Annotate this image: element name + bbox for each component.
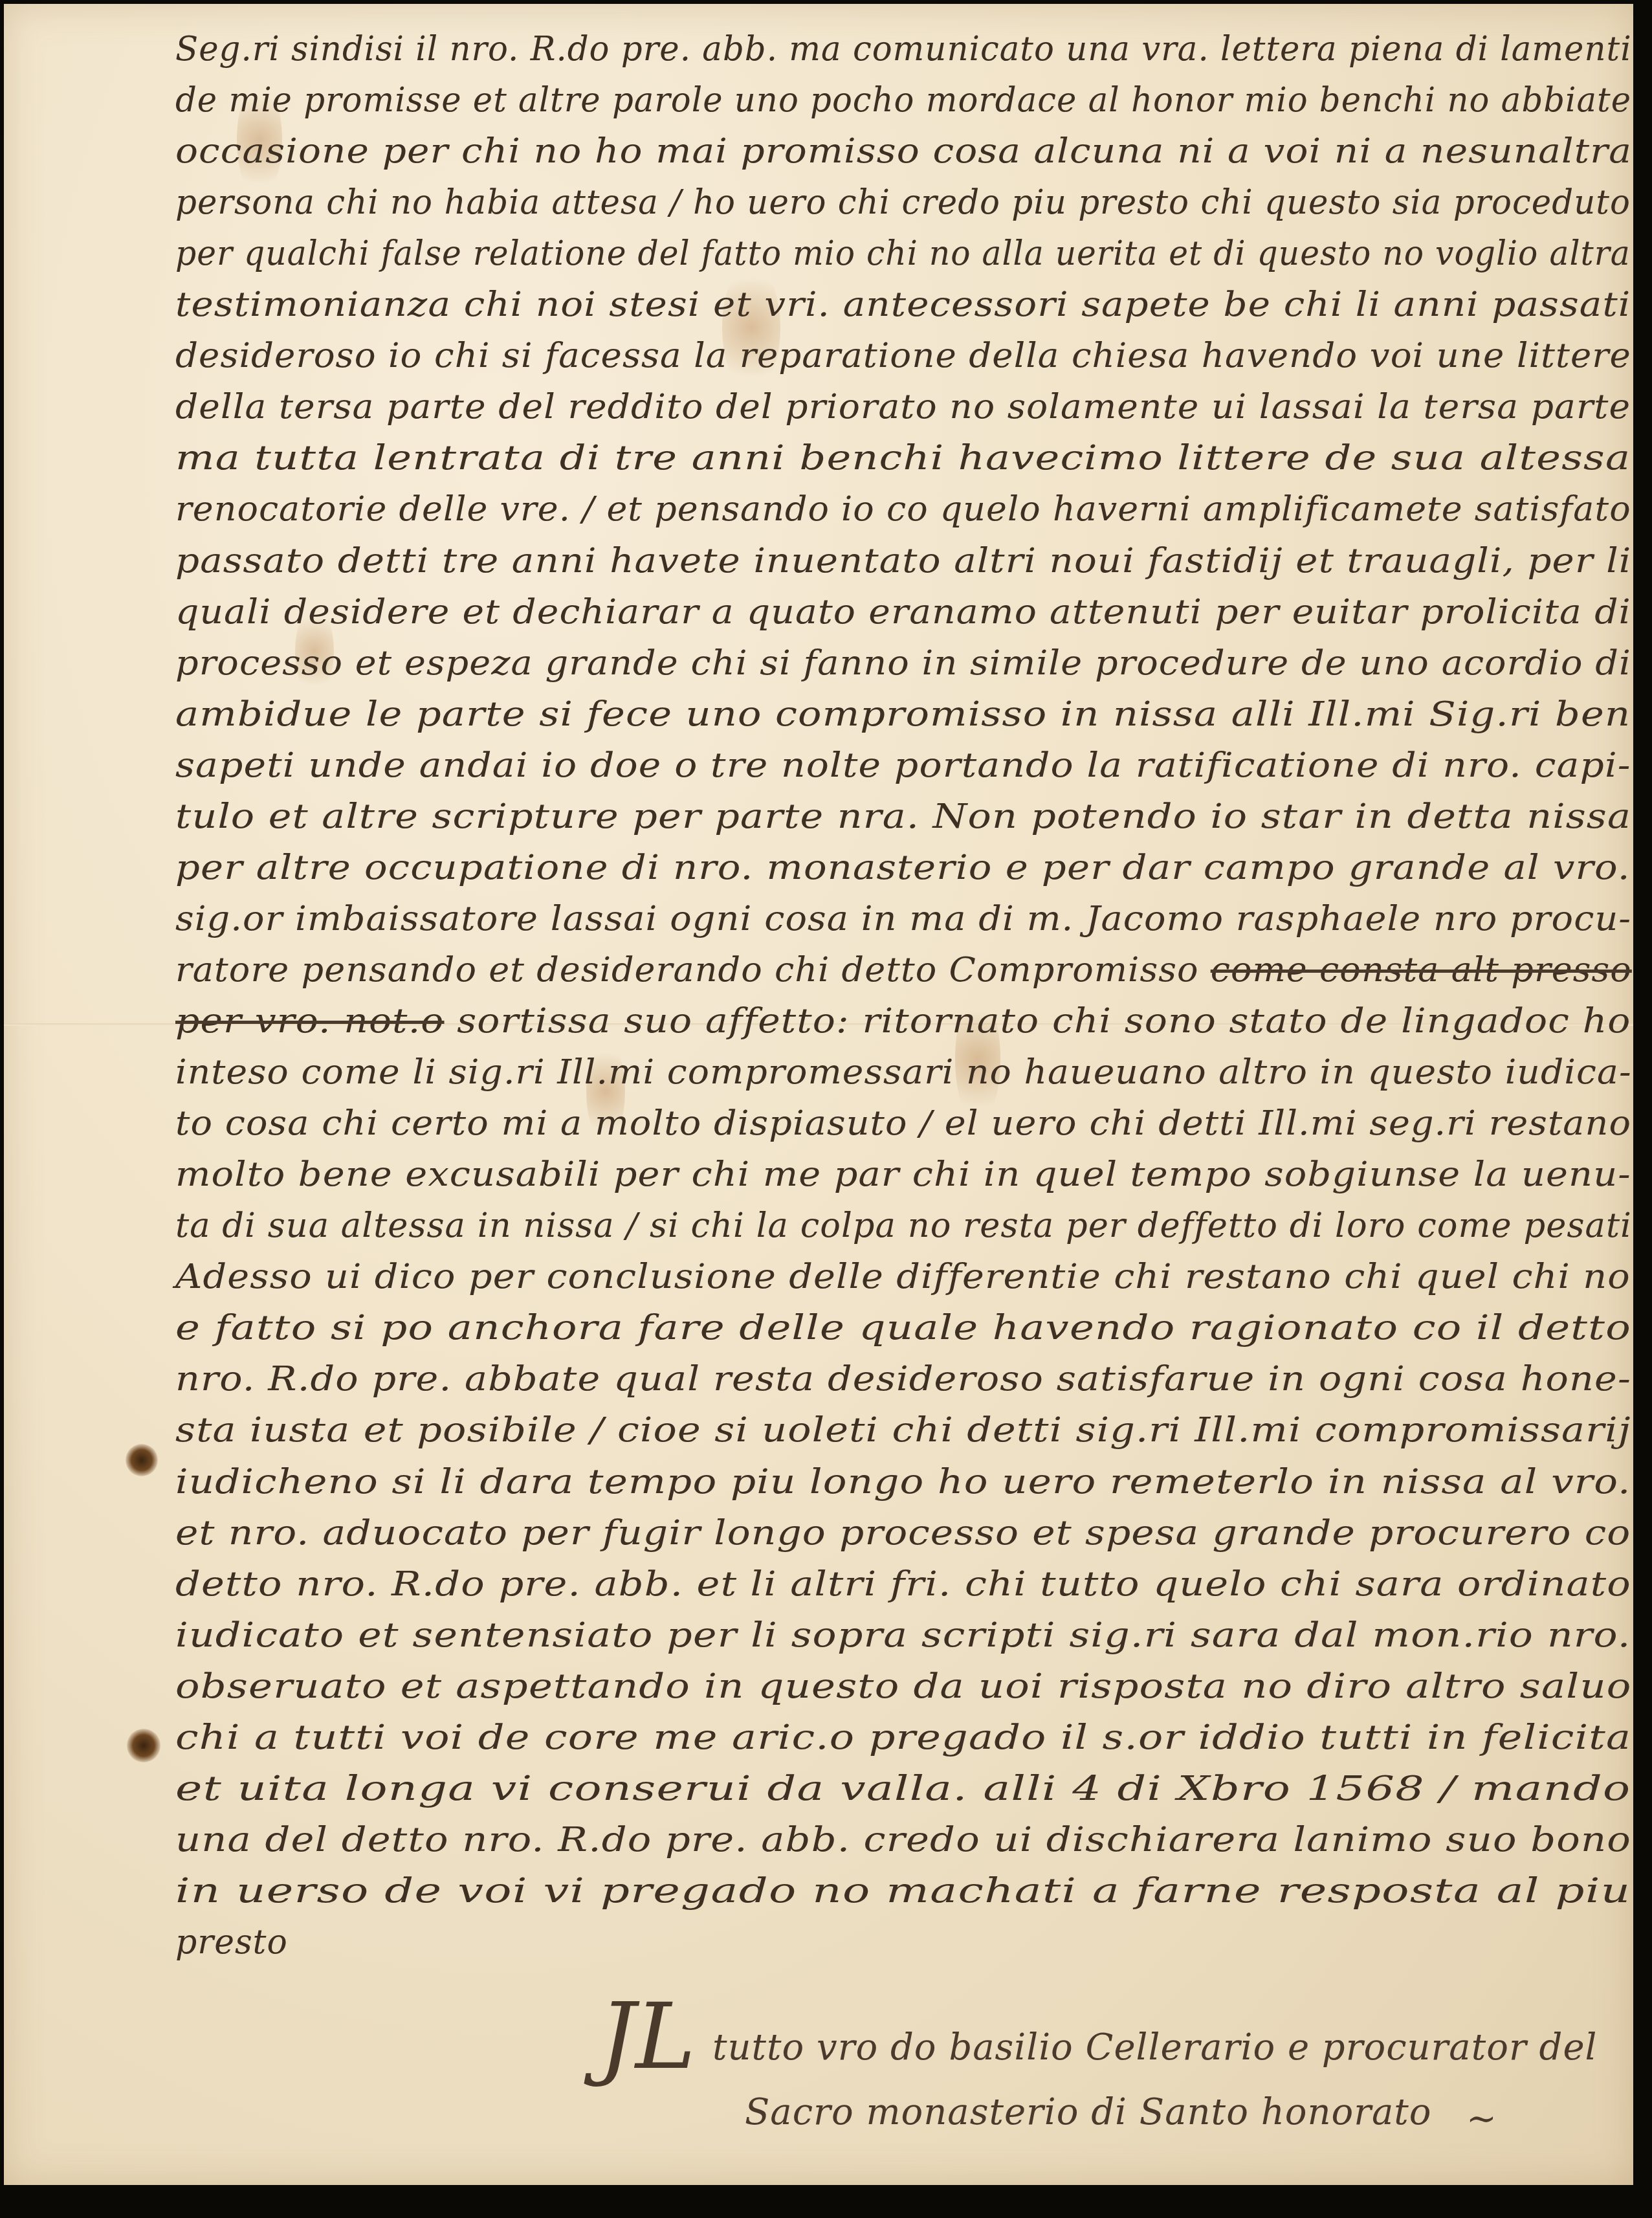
text-line: persona chi no habia attesa / ho uero ch… — [175, 183, 1631, 222]
text-segment: sortissa suo affetto: ritornato chi sono… — [457, 1002, 1631, 1041]
manuscript-page: Seg.ri sindisi il nro. R.do pre. abb. ma… — [4, 4, 1633, 2185]
text-line: e fatto si po anchora fare delle quale h… — [175, 1309, 1631, 1347]
text-line: per qualchi false relatione del fatto mi… — [175, 234, 1631, 273]
text-line: obseruato et aspettando in questo da uoi… — [175, 1667, 1632, 1706]
text-line: presto — [175, 1923, 288, 1962]
text-segment: ratore pensando et desiderando chi detto… — [175, 951, 1198, 990]
text-line: testimonianza chi noi stesi et vri. ante… — [175, 285, 1631, 324]
text-line: sapeti unde andai io doe o tre nolte por… — [175, 746, 1631, 785]
text-line: ma tutta lentrata di tre anni benchi hav… — [175, 439, 1631, 478]
text-line: per altre occupatione di nro. monasterio… — [175, 848, 1631, 887]
text-line: inteso come li sig.ri Ill.mi compromessa… — [175, 1053, 1632, 1092]
text-line: desideroso io chi si facessa la reparati… — [175, 337, 1631, 375]
struck-text: per vro. not.o — [175, 1002, 445, 1041]
text-line: quali desidere et dechiarar a quato eran… — [175, 593, 1631, 632]
text-line: iudicheno si li dara tempo piu longo ho … — [175, 1463, 1631, 1502]
text-line: iudicato et sentensiato per li sopra scr… — [175, 1616, 1631, 1655]
text-line: della tersa parte del reddito del priora… — [175, 388, 1631, 427]
text-line: tulo et altre scripture per parte nra. N… — [175, 797, 1631, 836]
signature-tilde-flourish: ~ — [1466, 2098, 1497, 2140]
text-line: passato detti tre anni havete inuentato … — [175, 542, 1631, 581]
text-line: de mie promisse et altre parole uno poch… — [175, 81, 1631, 120]
text-line: ta di sua altessa in nissa / si chi la c… — [175, 1206, 1632, 1245]
text-line: Seg.ri sindisi il nro. R.do pre. abb. ma… — [175, 30, 1632, 69]
text-line: ambidue le parte si fece uno compromisso… — [175, 695, 1631, 734]
burn-spot — [126, 1444, 158, 1476]
text-line: Adesso ui dico per conclusione delle dif… — [175, 1258, 1631, 1296]
text-line: occasione per chi no ho mai promisso cos… — [175, 132, 1632, 171]
text-line: nro. R.do pre. abbate qual resta desider… — [175, 1360, 1631, 1399]
text-line: sig.or imbaissatore lassai ogni cosa in … — [175, 900, 1631, 938]
text-line: per vro. not.o sortissa suo affetto: rit… — [175, 1002, 1631, 1041]
text-line: detto nro. R.do pre. abb. et li altri fr… — [175, 1565, 1631, 1604]
text-line: sta iusta et posibile / cioe si uoleti c… — [175, 1411, 1631, 1450]
signature-flourish-mark: JL — [599, 1984, 696, 2090]
text-line: chi a tutti voi de core me aric.o pregad… — [175, 1718, 1631, 1757]
text-line: in uerso de voi vi pregado no machati a … — [175, 1872, 1631, 1911]
text-line: renocatorie delle vre. / et pensando io … — [175, 490, 1631, 529]
text-line: et uita longa vi conserui da valla. alli… — [175, 1769, 1631, 1808]
text-line: ratore pensando et desiderando chi detto… — [175, 951, 1632, 990]
text-line: to cosa chi certo mi a molto dispiasuto … — [175, 1104, 1631, 1143]
text-line: molto bene excusabili per chi me par chi… — [175, 1155, 1631, 1194]
text-line: una del detto nro. R.do pre. abb. credo … — [175, 1821, 1631, 1859]
signature-line: Sacro monasterio di Santo honorato — [745, 2091, 1432, 2133]
burn-spot — [127, 1729, 160, 1762]
text-line: et nro. aduocato per fugir longo process… — [175, 1514, 1631, 1553]
signature-line: tutto vro do basilio Cellerario e procur… — [712, 2026, 1597, 2068]
struck-text: come consta alt presso — [1211, 951, 1632, 990]
text-line: processo et espeza grande chi si fanno i… — [175, 644, 1631, 683]
